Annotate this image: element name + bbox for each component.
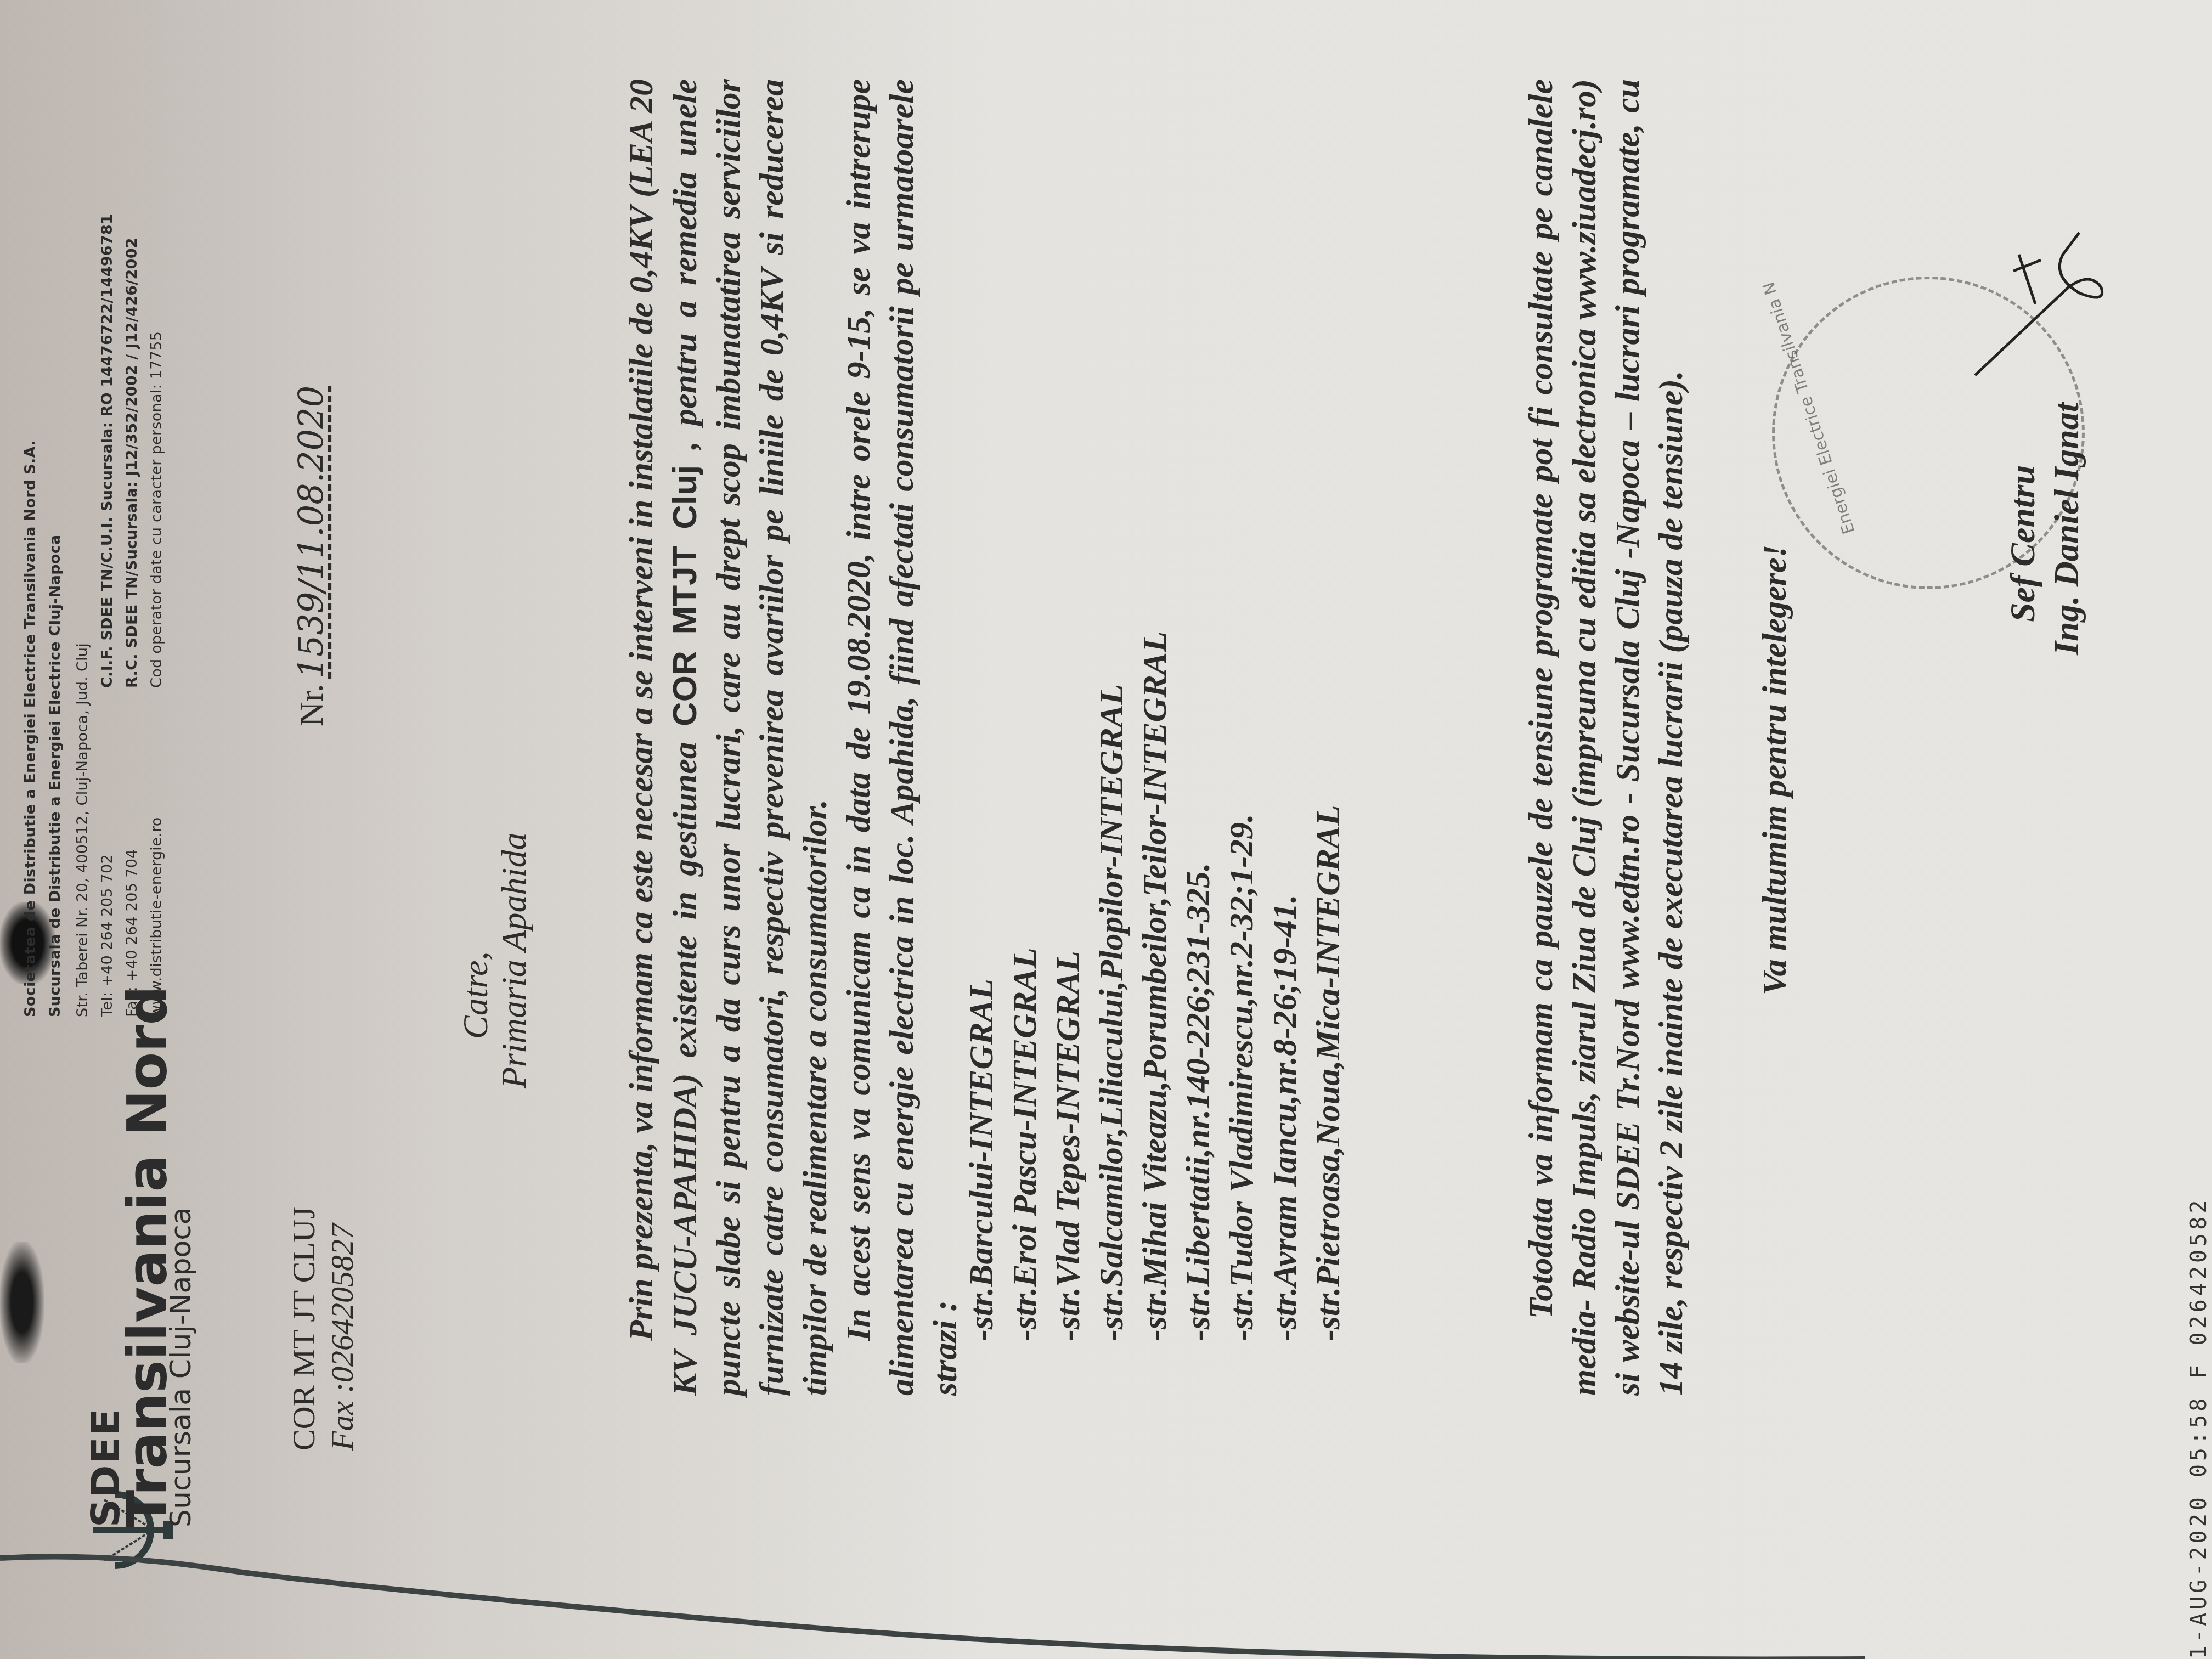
address-line: Str. Taberei Nr. 20, 400512, Cluj-Napoca…	[74, 643, 91, 1017]
signatory-title: Sef Centru	[2002, 465, 2043, 622]
street-item: -str.Pietroasa,Noua,Mica-INTEGRAL	[1307, 631, 1350, 1341]
fax-line: Fax: +40 264 205 704	[123, 849, 140, 1017]
document-number-label: Nr.	[293, 684, 330, 727]
street-list: -str.Barcului-INTEGRAL-str.Eroi Pascu-IN…	[960, 631, 1350, 1341]
closing-line: Va multumim pentru intelegere!	[1756, 544, 1795, 995]
letter-sheet: SDEE Transilvania Nord Sucursala Cluj-Na…	[0, 0, 2212, 1659]
redaction-mark	[0, 1242, 44, 1363]
street-item: -str.Vlad Tepes-INTEGRAL	[1047, 631, 1090, 1341]
sender-fax: Fax :0264205827	[324, 1223, 360, 1451]
street-item: -str.Eroi Pascu-INTEGRAL	[1003, 631, 1047, 1341]
body-paragraph-1: Prin prezenta, va informam ca este neces…	[620, 79, 967, 1396]
operator-code-line: Cod operator date cu caracter personal: …	[148, 331, 165, 688]
body-paragraph-2: In acest sens va comunicam ca in data de…	[837, 79, 967, 1396]
street-item: -str.Libertatii,nr.140-226;231-325.	[1177, 631, 1220, 1341]
fax-transmission-header: 1-AUG-2020 05:58 F 026420582	[2186, 1197, 2211, 1659]
street-item: -str.Tudor Vladimirescu,nr.2-32;1-29.	[1220, 631, 1263, 1341]
document-number-value: 1539/11.08.2020	[291, 386, 331, 679]
brand-branch: Sucursala Cluj-Napoca	[165, 1207, 198, 1527]
paragraph-1-unit: COR MTJT Cluj	[666, 465, 704, 726]
recipient-label: Catre,	[455, 952, 496, 1039]
branch-line: Sucursala de Distributie a Energiei Elec…	[47, 535, 64, 1018]
document-number: Nr.1539/11.08.2020	[291, 386, 331, 726]
sender-unit: COR MT JT CLUJ	[285, 1207, 322, 1451]
tel-line: Tel: +40 264 205 702	[99, 854, 116, 1017]
cif-line: C.I.F. SDEE TN/C.U.I. Sucursala: RO 1447…	[99, 214, 116, 688]
recipient-name: Primaria Apahida	[494, 833, 534, 1088]
rc-line: R.C. SDEE TN/Sucursala: J12/352/2002 / J…	[123, 238, 140, 688]
street-item: -str.Mihai Viteazu,Porumbeilor,Teilor-IN…	[1133, 631, 1177, 1341]
website-line: www.distributie-energie.ro	[148, 817, 165, 1017]
company-line: Societatea de Distributie a Energiei Ele…	[22, 440, 39, 1017]
signatory-name: Ing. Daniel Ignat	[2046, 402, 2087, 655]
handwritten-signature-icon	[1953, 167, 2118, 397]
street-item: -str.Avram Iancu,nr.8-26;19-41.	[1263, 631, 1307, 1341]
body-paragraph-3: Totodata va informam ca pauzele de tensi…	[1520, 79, 1693, 1396]
street-item: -str.Salcamilor,Liliacului,Plopilor-INTE…	[1090, 631, 1133, 1341]
street-item: -str.Barcului-INTEGRAL	[960, 631, 1003, 1341]
